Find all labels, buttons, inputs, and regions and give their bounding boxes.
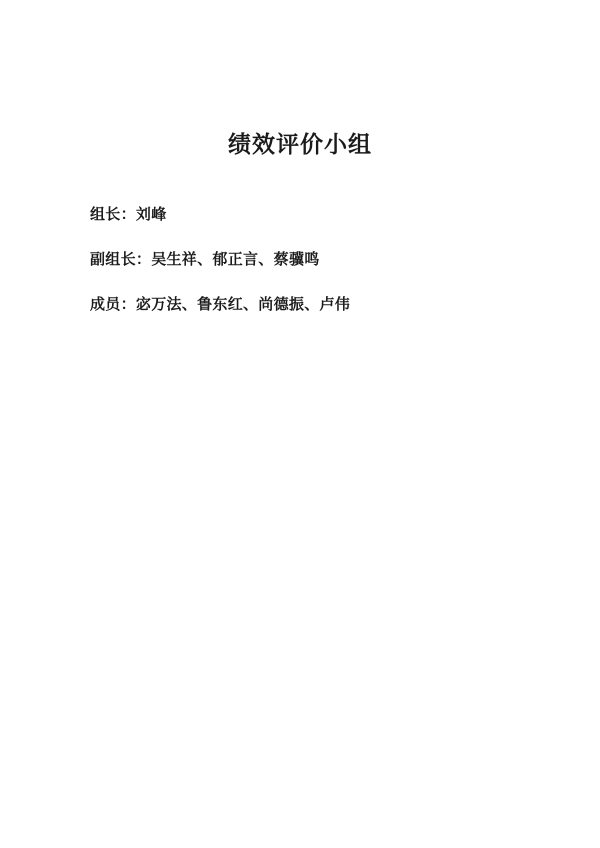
members-line: 成员：宓万法、鲁东红、尚德振、卢伟 — [90, 296, 350, 315]
team-leader-line: 组长：刘峰 — [90, 206, 167, 225]
deputy-leaders-line: 副组长：吴生祥、郁正言、蔡骥鸣 — [90, 251, 320, 270]
document-page: 绩效评价小组 组长：刘峰 副组长：吴生祥、郁正言、蔡骥鸣 成员：宓万法、鲁东红、… — [0, 0, 600, 848]
document-title: 绩效评价小组 — [0, 131, 600, 159]
